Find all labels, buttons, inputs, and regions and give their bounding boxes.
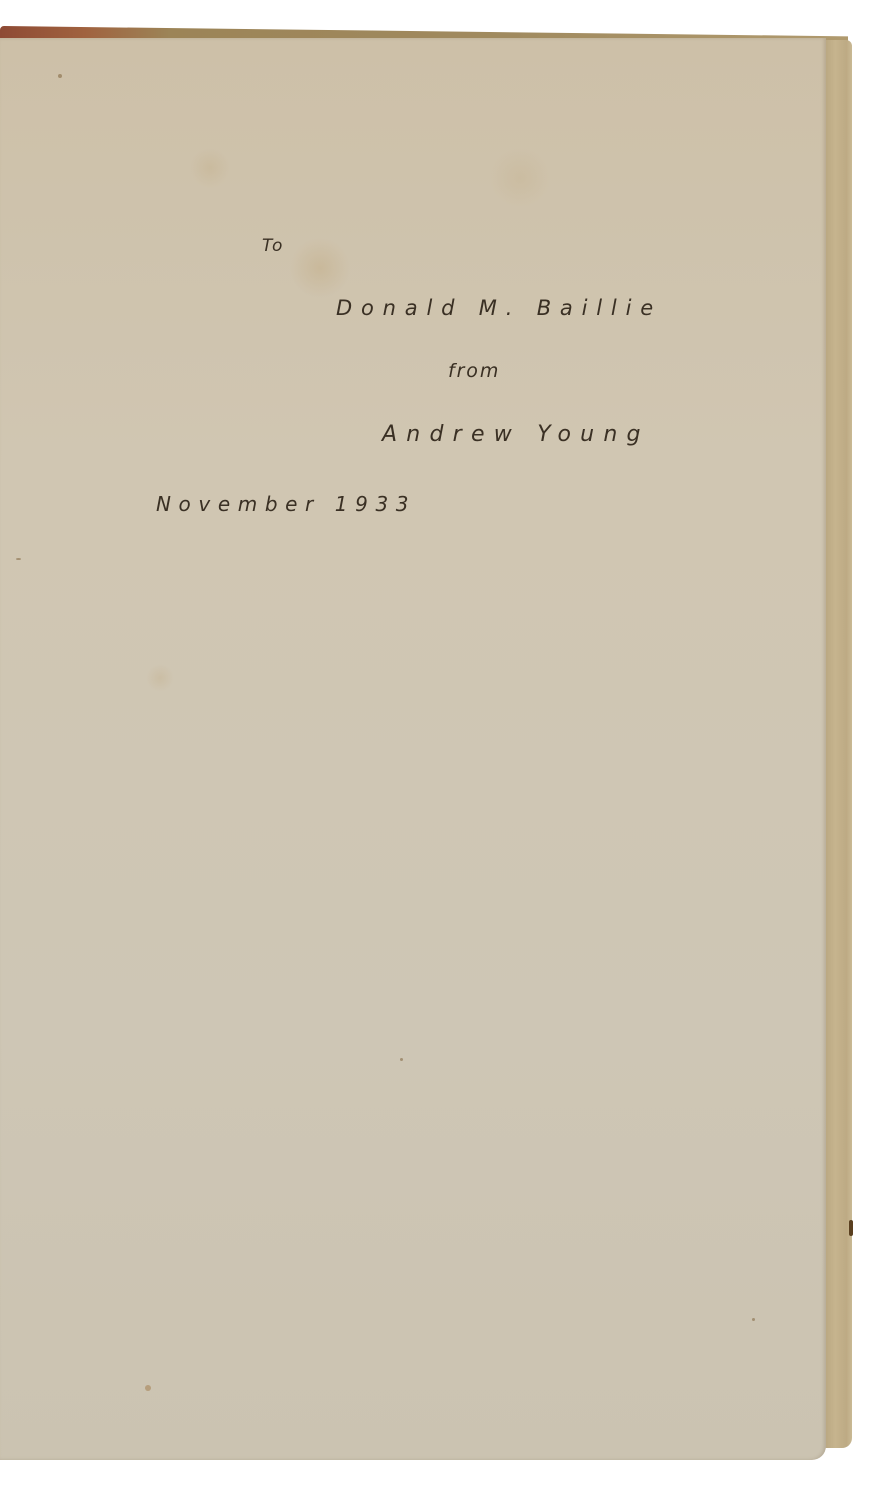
foxing-spot <box>16 558 21 560</box>
foxing-spot <box>58 74 62 78</box>
foxing-spot <box>752 1318 755 1321</box>
inscription-from: from <box>448 360 500 382</box>
inscription-date: November 1933 <box>156 492 416 516</box>
inscription-recipient: Donald M. Baillie <box>336 296 662 320</box>
inscription-author-signature: Andrew Young <box>382 422 650 447</box>
foxing-spot <box>145 1385 151 1391</box>
book: To Donald M. Baillie from Andrew Young N… <box>0 0 890 1500</box>
foxing-spot <box>400 1058 403 1061</box>
flyleaf-page <box>0 38 826 1460</box>
right-board-edge <box>824 40 852 1448</box>
inscription-salutation: To <box>262 236 284 256</box>
